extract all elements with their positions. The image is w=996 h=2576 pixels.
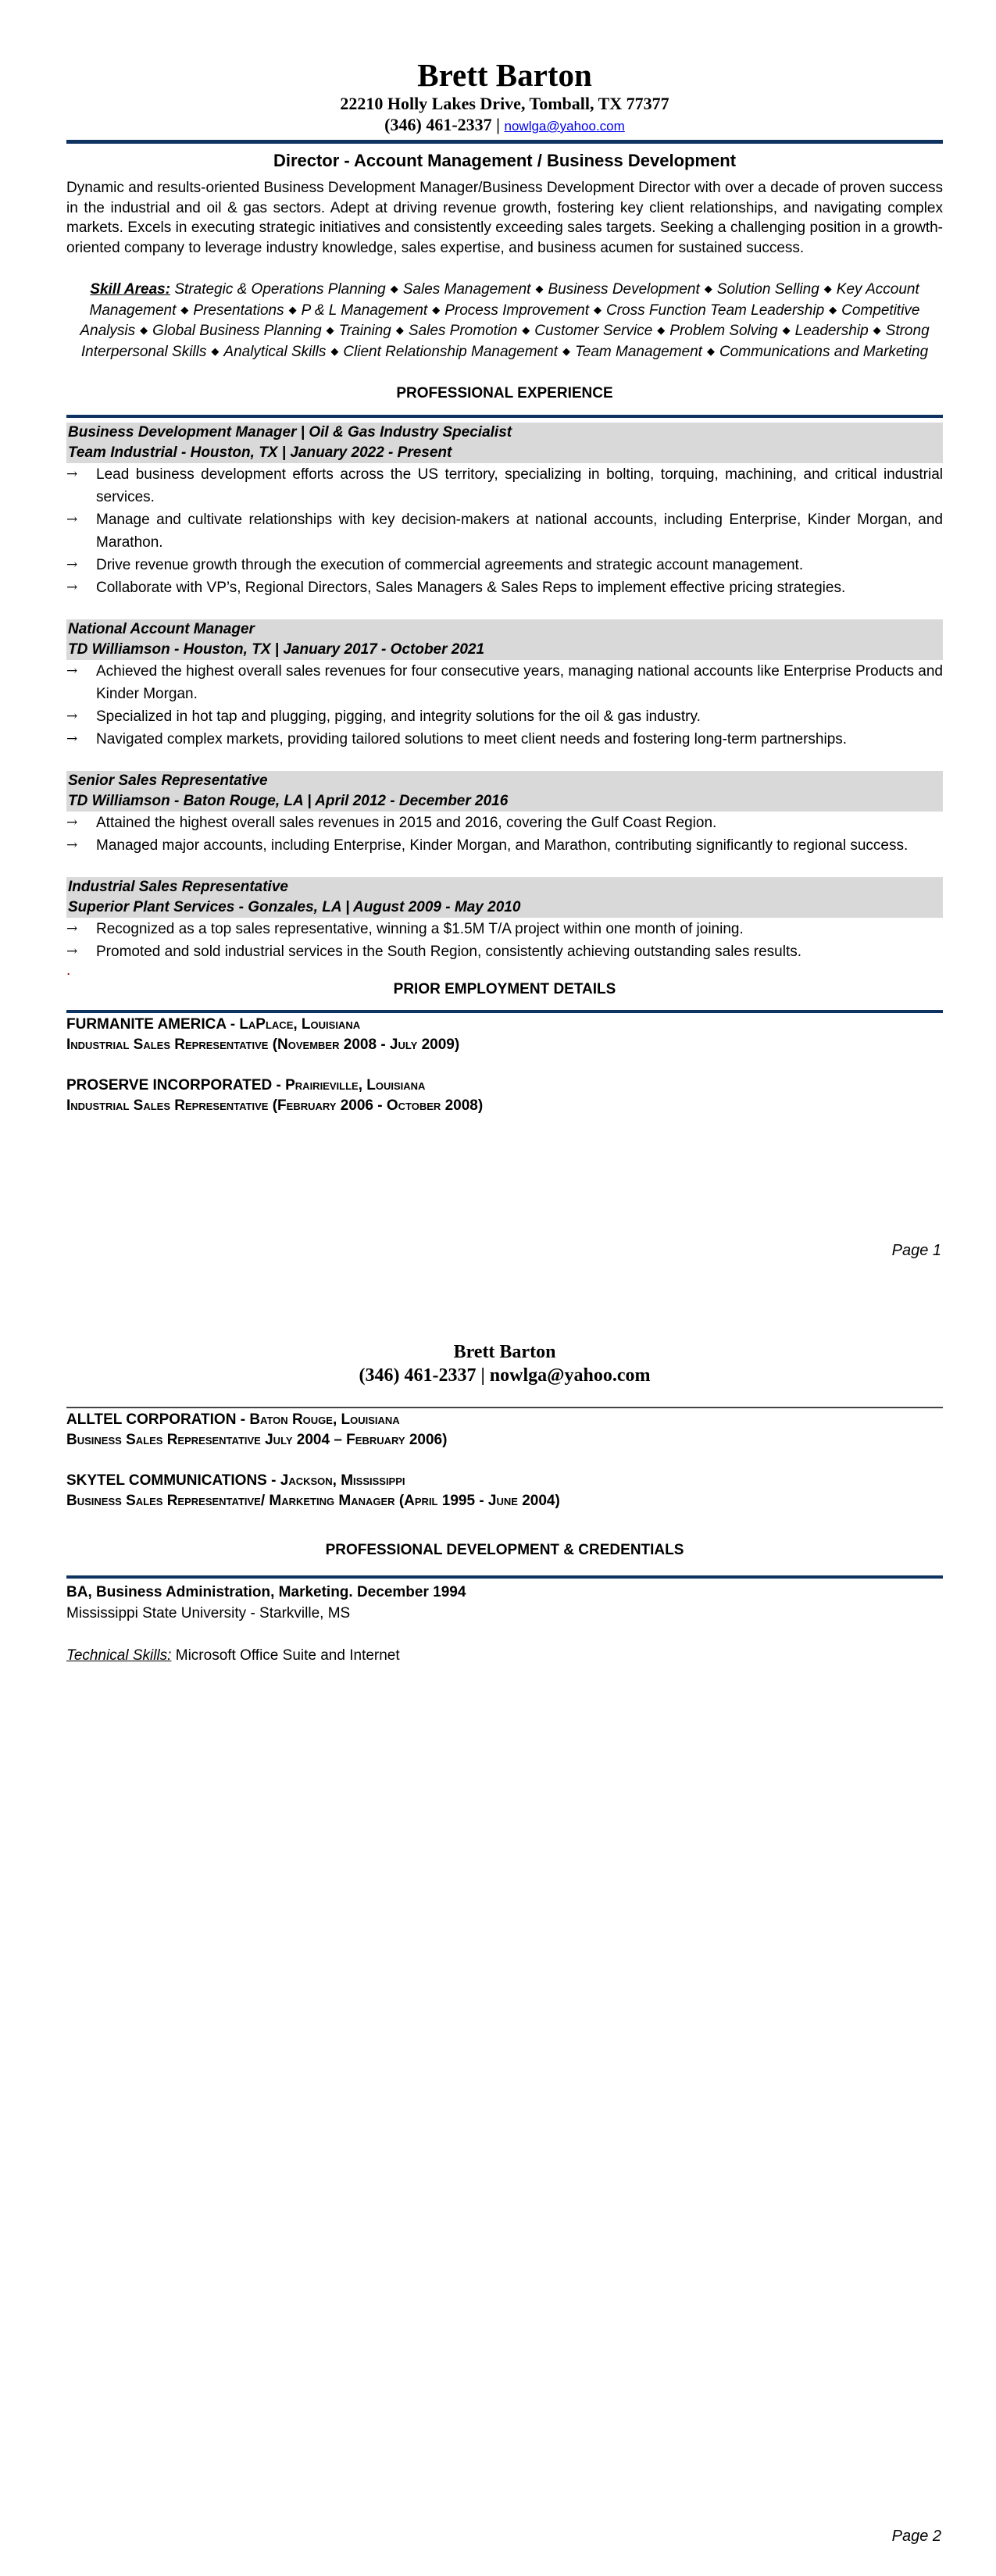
- job-bullets: →Recognized as a top sales representativ…: [66, 918, 943, 963]
- skill-item: Cross Function Team Leadership: [606, 302, 824, 319]
- job-company-line: Team Industrial - Houston, TX | January …: [68, 443, 941, 463]
- headline: Director - Account Management / Business…: [66, 150, 943, 172]
- trailing-mark: .: [66, 963, 943, 979]
- technical-skills-value: Microsoft Office Suite and Internet: [171, 1647, 399, 1664]
- experience-rule: [66, 415, 943, 418]
- diamond-icon: ◆: [594, 304, 602, 316]
- job-title: Business Development Manager | Oil & Gas…: [68, 423, 941, 443]
- bullet-text: Recognized as a top sales representative…: [96, 921, 744, 937]
- job-bullet: →Promoted and sold industrial services i…: [66, 940, 943, 963]
- resume-header: Brett Barton 22210 Holly Lakes Drive, To…: [66, 56, 943, 1116]
- diamond-icon: ◆: [396, 324, 404, 336]
- diamond-icon: ◆: [522, 324, 530, 336]
- job-bullet: →Recognized as a top sales representativ…: [66, 918, 943, 940]
- arrow-right-icon: →: [66, 812, 77, 834]
- skill-item: Problem Solving: [669, 323, 777, 339]
- prior-entry: SKYTEL COMMUNICATIONS - Jackson, Mississ…: [66, 1471, 943, 1511]
- skill-item: Analytical Skills: [223, 344, 326, 360]
- technical-skills: Technical Skills: Microsoft Office Suite…: [66, 1645, 943, 1666]
- prior-employment-list-continued: ALLTEL CORPORATION - Baton Rouge, Louisi…: [66, 1410, 943, 1511]
- skill-item: Sales Promotion: [409, 323, 517, 339]
- arrow-right-icon: →: [66, 463, 77, 486]
- prior-company-line: ALLTEL CORPORATION - Baton Rouge, Louisi…: [66, 1410, 943, 1430]
- job-header: National Account ManagerTD Williamson - …: [66, 619, 943, 660]
- arrow-right-icon: →: [66, 508, 77, 531]
- bullet-text: Collaborate with VP’s, Regional Director…: [96, 580, 845, 596]
- skill-item: Process Improvement: [444, 302, 589, 319]
- skill-item: P & L Management: [302, 302, 428, 319]
- bullet-text: Lead business development efforts across…: [96, 466, 943, 505]
- diamond-icon: ◆: [562, 345, 570, 357]
- skill-item: Sales Management: [403, 281, 531, 298]
- page-number: Page 1: [892, 1242, 941, 1260]
- address: 22210 Holly Lakes Drive, Tomball, TX 773…: [66, 94, 943, 114]
- diamond-icon: ◆: [707, 345, 715, 357]
- skill-areas: Skill Areas: Strategic & Operations Plan…: [66, 280, 943, 362]
- page2-content: Brett Barton (346) 461-2337 | nowlga@yah…: [66, 1340, 943, 1666]
- skill-item: Strategic & Operations Planning: [174, 281, 385, 298]
- dash: -: [226, 1016, 239, 1033]
- job-bullets: →Achieved the highest overall sales reve…: [66, 660, 943, 751]
- skill-item: Solution Selling: [717, 281, 819, 298]
- page2-contact: (346) 461-2337 | nowlga@yahoo.com: [66, 1364, 943, 1387]
- job-company-line: TD Williamson - Houston, TX | January 20…: [68, 640, 941, 660]
- arrow-right-icon: →: [66, 940, 77, 963]
- job-bullet: →Drive revenue growth through the execut…: [66, 554, 943, 576]
- diamond-icon: ◆: [140, 324, 148, 336]
- job-bullet: →Collaborate with VP’s, Regional Directo…: [66, 576, 943, 599]
- arrow-right-icon: →: [66, 660, 77, 683]
- diamond-icon: ◆: [657, 324, 665, 336]
- prior-company: FURMANITE AMERICA: [66, 1016, 226, 1033]
- summary: Dynamic and results-oriented Business De…: [66, 178, 943, 258]
- prior-company: ALLTEL CORPORATION: [66, 1411, 236, 1428]
- email-link[interactable]: nowlga@yahoo.com: [505, 119, 625, 134]
- job-bullet: →Navigated complex markets, providing ta…: [66, 728, 943, 751]
- dash: -: [272, 1077, 285, 1094]
- skills-label: Skill Areas:: [90, 281, 170, 298]
- diamond-icon: ◆: [535, 283, 543, 294]
- page2-name: Brett Barton: [66, 1340, 943, 1364]
- bullet-text: Attained the highest overall sales reven…: [96, 815, 716, 831]
- job-bullets: →Lead business development efforts acros…: [66, 463, 943, 599]
- job-header: Industrial Sales RepresentativeSuperior …: [66, 877, 943, 918]
- contact-line: (346) 461-2337 | nowlga@yahoo.com: [66, 114, 943, 137]
- bullet-text: Manage and cultivate relationships with …: [96, 512, 943, 551]
- arrow-right-icon: →: [66, 918, 77, 940]
- arrow-right-icon: →: [66, 834, 77, 857]
- prior-role: Business Sales Representative July 2004 …: [66, 1430, 943, 1450]
- page2-rule: [66, 1407, 943, 1408]
- diamond-icon: ◆: [705, 283, 712, 294]
- credentials-rule: [66, 1575, 943, 1579]
- job-bullet: →Specialized in hot tap and plugging, pi…: [66, 705, 943, 728]
- section-title-credentials: PROFESSIONAL DEVELOPMENT & CREDENTIALS: [66, 1541, 943, 1560]
- prior-role: Business Sales Representative/ Marketing…: [66, 1491, 943, 1511]
- job-entry: Senior Sales RepresentativeTD Williamson…: [66, 771, 943, 857]
- job-bullets: →Attained the highest overall sales reve…: [66, 812, 943, 857]
- prior-entry: FURMANITE AMERICA - LaPlace, LouisianaIn…: [66, 1015, 943, 1055]
- page-number: Page 2: [892, 2528, 941, 2546]
- job-title: Industrial Sales Representative: [68, 877, 941, 897]
- bullet-text: Specialized in hot tap and plugging, pig…: [96, 708, 701, 725]
- diamond-icon: ◆: [330, 345, 338, 357]
- diamond-icon: ◆: [873, 324, 881, 336]
- skill-item: Client Relationship Management: [343, 344, 558, 360]
- arrow-right-icon: →: [66, 554, 77, 576]
- diamond-icon: ◆: [211, 345, 219, 357]
- skill-item: Customer Service: [534, 323, 652, 339]
- diamond-icon: ◆: [824, 283, 832, 294]
- skill-item: Training: [339, 323, 391, 339]
- prior-entry: PROSERVE INCORPORATED - Prairieville, Lo…: [66, 1076, 943, 1116]
- job-entry: Industrial Sales RepresentativeSuperior …: [66, 877, 943, 963]
- diamond-icon: ◆: [180, 304, 188, 316]
- phone: (346) 461-2337: [384, 115, 491, 134]
- job-company-line: Superior Plant Services - Gonzales, LA |…: [68, 897, 941, 918]
- prior-role: Industrial Sales Representative (Februar…: [66, 1096, 943, 1116]
- skill-item: Presentations: [193, 302, 284, 319]
- prior-company-line: SKYTEL COMMUNICATIONS - Jackson, Mississ…: [66, 1471, 943, 1491]
- job-list: Business Development Manager | Oil & Gas…: [66, 423, 943, 963]
- diamond-icon: ◆: [432, 304, 440, 316]
- prior-company: SKYTEL COMMUNICATIONS: [66, 1472, 267, 1489]
- prior-location: LaPlace, Louisiana: [239, 1016, 360, 1033]
- dash: -: [267, 1472, 280, 1489]
- job-header: Senior Sales RepresentativeTD Williamson…: [66, 771, 943, 812]
- diamond-icon: ◆: [391, 283, 398, 294]
- prior-location: Baton Rouge, Louisiana: [249, 1411, 399, 1428]
- diamond-icon: ◆: [829, 304, 837, 316]
- arrow-right-icon: →: [66, 705, 77, 728]
- skill-item: Team Management: [575, 344, 702, 360]
- section-title-experience: PROFESSIONAL EXPERIENCE: [66, 384, 943, 403]
- job-entry: National Account ManagerTD Williamson - …: [66, 619, 943, 751]
- technical-skills-label: Technical Skills:: [66, 1647, 171, 1664]
- job-title: Senior Sales Representative: [68, 771, 941, 791]
- skill-item: Communications and Marketing: [719, 344, 928, 360]
- job-company-line: TD Williamson - Baton Rouge, LA | April …: [68, 791, 941, 812]
- arrow-right-icon: →: [66, 576, 77, 599]
- dash: -: [236, 1411, 249, 1428]
- header-rule: [66, 140, 943, 144]
- bullet-text: Navigated complex markets, providing tai…: [96, 731, 847, 747]
- skill-item: Global Business Planning: [152, 323, 322, 339]
- diamond-icon: ◆: [327, 324, 334, 336]
- bullet-text: Achieved the highest overall sales reven…: [96, 663, 943, 702]
- job-bullet: →Managed major accounts, including Enter…: [66, 834, 943, 857]
- page-1: Brett Barton 22210 Holly Lakes Drive, To…: [0, 0, 996, 1289]
- arrow-right-icon: →: [66, 728, 77, 751]
- prior-location: Prairieville, Louisiana: [285, 1077, 425, 1094]
- skill-item: Business Development: [548, 281, 699, 298]
- job-bullet: →Manage and cultivate relationships with…: [66, 508, 943, 554]
- job-bullet: →Lead business development efforts acros…: [66, 463, 943, 508]
- job-title: National Account Manager: [68, 619, 941, 640]
- prior-company-line: FURMANITE AMERICA - LaPlace, Louisiana: [66, 1015, 943, 1035]
- bullet-text: Managed major accounts, including Enterp…: [96, 837, 908, 854]
- prior-entry: ALLTEL CORPORATION - Baton Rouge, Louisi…: [66, 1410, 943, 1450]
- bullet-text: Drive revenue growth through the executi…: [96, 557, 803, 573]
- diamond-icon: ◆: [289, 304, 297, 316]
- prior-role: Industrial Sales Representative (Novembe…: [66, 1035, 943, 1055]
- prior-location: Jackson, Mississippi: [280, 1472, 405, 1489]
- job-bullet: →Achieved the highest overall sales reve…: [66, 660, 943, 705]
- prior-company-line: PROSERVE INCORPORATED - Prairieville, Lo…: [66, 1076, 943, 1096]
- prior-company: PROSERVE INCORPORATED: [66, 1077, 272, 1094]
- candidate-name: Brett Barton: [66, 56, 943, 94]
- separator: |: [496, 115, 500, 134]
- job-bullet: →Attained the highest overall sales reve…: [66, 812, 943, 834]
- job-header: Business Development Manager | Oil & Gas…: [66, 423, 943, 463]
- job-entry: Business Development Manager | Oil & Gas…: [66, 423, 943, 599]
- skill-item: Leadership: [795, 323, 869, 339]
- page-2: Brett Barton (346) 461-2337 | nowlga@yah…: [0, 1289, 996, 2576]
- diamond-icon: ◆: [783, 324, 791, 336]
- prior-employment-list: FURMANITE AMERICA - LaPlace, LouisianaIn…: [66, 1015, 943, 1116]
- prior-rule: [66, 1010, 943, 1013]
- section-title-prior: PRIOR EMPLOYMENT DETAILS: [66, 980, 943, 999]
- bullet-text: Promoted and sold industrial services in…: [96, 944, 801, 960]
- school: Mississippi State University - Starkvill…: [66, 1603, 943, 1624]
- degree: BA, Business Administration, Marketing. …: [66, 1582, 943, 1603]
